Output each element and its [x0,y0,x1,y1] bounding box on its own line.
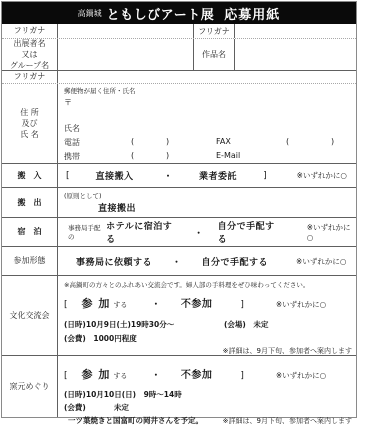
participation-label: 参加形態 [2,247,58,275]
participation-row: 参加形態 事務局に依頼する ・ 自分で手配する ※いずれかに○ [2,247,356,276]
mobile-paren-open: ( [131,151,166,162]
join-suffix: する [113,300,127,310]
lodging-option-self: 自分で手配する [218,219,283,245]
site-name: 高鍋城 [78,8,102,19]
phone-paren-close: ) [166,137,216,148]
carry-in-choice-note: ※いずれかに○ [297,170,347,181]
email-label: E-Mail [216,151,286,162]
lodging-label: 宿 泊 [2,218,58,246]
fax-paren-open: ( [286,137,331,148]
address-label-line1: 住 所 [20,107,39,118]
carry-in-option-direct: 直接搬入 [96,169,134,182]
furigana-row: フリガナ フリガナ [2,24,356,39]
option-separator: ・ [151,368,161,381]
lodging-choice-note: ※いずれかに○ [307,222,356,242]
kiln-tour-detail-note: ※詳細は、9月下旬、参加者へ案内します [223,416,352,426]
carry-in-options: [ 直接搬入 ・ 業者委託 ] ※いずれかに○ [58,164,356,187]
kiln-tour-fee-label: (会費) [64,402,86,413]
option-separator: ・ [172,255,182,268]
decline-option: 不参加 [181,295,213,310]
mobile-paren-close: ) [166,151,216,162]
bracket-close: ] [240,371,244,381]
kiln-tour-content: [ 参 加 する ・ 不参加 ] ※いずれかに○ (日時)10月10日(日) 9… [58,356,356,417]
exhibition-title: ともしびアート展 [107,4,215,23]
artwork-furigana-field [235,24,356,38]
exhibitor-label: 出展者名 又は グループ名 [2,39,58,70]
address-label: 住 所 及び 氏 名 [2,84,58,163]
bracket-open: [ [66,171,70,181]
bracket-close: ] [240,300,244,310]
cultural-exchange-description: ※高鍋町の方々とのふれあい交流会です。婦人部の手料理をぜひ味わってください。 [64,280,352,289]
form-title-bar: 高鍋城 ともしびアート展 応募用紙 [2,2,356,24]
fax-label: FAX [216,137,286,148]
furigana-address-label: フリガナ [2,71,58,83]
decline-option: 不参加 [181,366,213,381]
application-form: 高鍋城 ともしびアート展 応募用紙 フリガナ フリガナ 出展者名 又は グループ… [1,1,357,418]
carry-out-label: 搬 出 [2,188,58,217]
carry-in-row: 搬 入 [ 直接搬入 ・ 業者委託 ] ※いずれかに○ [2,164,356,188]
carry-in-option-vendor: 業者委託 [199,169,237,182]
carry-out-value: 直接搬出 [98,201,356,214]
address-field: 郵便物が届く住所・氏名 〒 氏名 電話 ( ) FAX ( ) 携帯 ( ) E… [58,84,356,163]
kiln-tour-join-line: [ 参 加 する ・ 不参加 ] ※いずれかに○ [64,366,352,382]
participation-option-self: 自分で手配する [202,255,269,268]
carry-in-label: 搬 入 [2,164,58,187]
join-suffix: する [113,371,127,381]
document-type: 応募用紙 [224,4,280,23]
carry-out-principle-note: (原則として) [64,191,356,200]
cultural-exchange-schedule: (日時)10月9日(土)19時30分～ (会場) 未定 [64,319,352,330]
fax-paren-close: ) [331,137,334,148]
mobile-row: 携帯 ( ) E-Mail [64,151,354,162]
phone-row: 電話 ( ) FAX ( ) [64,137,354,148]
artwork-label: 作品名 [194,39,235,70]
exhibitor-row: 出展者名 又は グループ名 作品名 [2,39,356,71]
exhibitor-label-line1: 出展者名 [14,38,46,49]
lodging-option-hotel: ホテルに宿泊する [106,219,180,245]
cultural-exchange-venue: (会場) 未定 [224,319,268,330]
lodging-row: 宿 泊 事務局手配の ホテルに宿泊する ・ 自分で手配する ※いずれかに○ [2,218,356,247]
artwork-name-field [235,39,356,70]
name-label: 氏名 [64,123,354,134]
participation-options: 事務局に依頼する ・ 自分で手配する ※いずれかに○ [58,247,356,275]
cultural-exchange-row: 文化交流会 ※高鍋町の方々とのふれあい交流会です。婦人部の手料理をぜひ味わってく… [2,276,356,356]
exhibitor-label-line3: グループ名 [10,60,49,71]
furigana-right-label: フリガナ [194,24,235,38]
kiln-tour-plan: 一ツ葉焼きと国富町の岡井さんを予定。 [68,415,203,426]
carry-out-row: 搬 出 (原則として) 直接搬出 [2,188,356,218]
participation-choice-note: ※いずれかに○ [296,256,346,267]
join-option: 参 加 [82,295,111,311]
cultural-exchange-fee: (会費) 1000円程度 [64,333,352,344]
lodging-options: 事務局手配の ホテルに宿泊する ・ 自分で手配する ※いずれかに○ [58,218,356,246]
lodging-prefix: 事務局手配の [68,223,106,241]
bracket-open: [ [64,371,68,381]
cultural-exchange-content: ※高鍋町の方々とのふれあい交流会です。婦人部の手料理をぜひ味わってください。 [… [58,276,356,355]
exhibitor-furigana-field [58,24,194,38]
exhibitor-name-field [58,39,194,70]
option-separator: ・ [164,169,174,182]
kiln-tour-datetime: (日時)10月10日(日) 9時～14時 [64,389,352,400]
cultural-exchange-detail-note: ※詳細は、9月下旬、参加者へ案内します [64,346,352,356]
kiln-tour-choice-note: ※いずれかに○ [276,370,326,381]
kiln-tour-label: 窯元めぐり [2,356,58,417]
cultural-exchange-label: 文化交流会 [2,276,58,355]
participation-option-office: 事務局に依頼する [76,255,152,268]
mobile-label: 携帯 [64,151,131,162]
address-furigana-field [58,71,356,83]
mail-delivery-note: 郵便物が届く住所・氏名 [64,86,354,95]
address-label-line2: 及び [22,118,38,129]
furigana-address-row: フリガナ [2,71,356,84]
phone-paren-open: ( [131,137,166,148]
carry-out-content: (原則として) 直接搬出 [58,188,356,217]
option-separator: ・ [151,297,161,310]
kiln-tour-fee: (会費) 未定 [64,402,352,413]
bracket-close: ] [263,171,267,181]
exhibitor-label-line2: 又は [22,49,38,60]
join-option: 参 加 [82,366,111,382]
cultural-exchange-choice-note: ※いずれかに○ [276,299,326,310]
furigana-left-label: フリガナ [2,24,58,38]
cultural-exchange-datetime: (日時)10月9日(土)19時30分～ [64,319,224,330]
address-row: 住 所 及び 氏 名 郵便物が届く住所・氏名 〒 氏名 電話 ( ) FAX (… [2,84,356,164]
address-label-line3: 氏 名 [20,129,39,140]
phone-label: 電話 [64,137,131,148]
kiln-tour-fee-value: 未定 [114,402,129,413]
kiln-tour-row: 窯元めぐり [ 参 加 する ・ 不参加 ] ※いずれかに○ (日時)10月10… [2,356,356,417]
bracket-open: [ [64,300,68,310]
option-separator: ・ [194,226,204,239]
kiln-tour-footer: 一ツ葉焼きと国富町の岡井さんを予定。 ※詳細は、9月下旬、参加者へ案内します [64,415,352,426]
postal-mark: 〒 [64,97,354,108]
cultural-exchange-join-line: [ 参 加 する ・ 不参加 ] ※いずれかに○ [64,295,352,311]
